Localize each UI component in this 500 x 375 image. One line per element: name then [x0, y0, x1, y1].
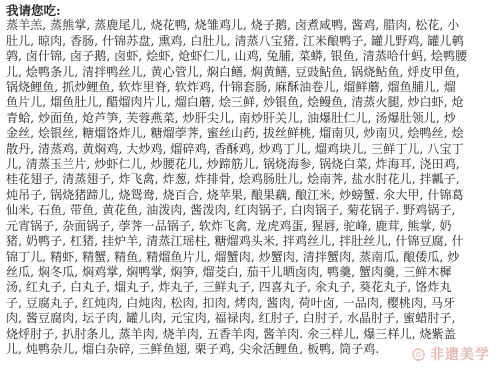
dish-list-text: 我请您吃: 蒸羊羔, 蒸熊掌, 蒸鹿尾儿, 烧花鸭, 烧雏鸡儿, 烧子鹅, 卤煮… — [0, 0, 500, 357]
dish-line: 散丹, 清蒸鸡, 黄焖鸡, 大炒鸡, 熘碎鸡, 香酥鸡, 炒鸡丁儿, 熘鸡块儿,… — [6, 142, 495, 157]
dish-line: 元宵锅子, 杂面锅子, 荸荠一品锅子, 软炸飞禽, 龙虎鸡蛋, 猩唇, 驼峰, … — [6, 219, 495, 234]
intro-line: 我请您吃: — [6, 3, 495, 18]
dish-line: 炖吊子, 锅烧猪蹄儿, 烧鸳鸯, 烧百合, 烧苹果, 酿果藕, 酿江米, 炒螃蟹… — [6, 188, 495, 203]
dish-line: 鹑, 卤什锦, 卤子鹅, 卤虾, 烩虾, 炝虾仁儿, 山鸡, 兔脯, 菜蟒, 银… — [6, 49, 495, 64]
dish-line: 鱼片儿, 熘鱼肚儿, 醋熘肉片儿, 熘白蘑, 烩三鲜, 炒银鱼, 烩鳗鱼, 清蒸… — [6, 95, 495, 110]
dish-line: 金丝, 烩银丝, 糖熘饹炸儿, 糖熘荸荠, 蜜丝山药, 拔丝鲜桃, 熘南贝, 炒… — [6, 126, 495, 141]
watermark: 非遗美学 — [411, 344, 490, 364]
dish-line: 丝瓜, 焖冬瓜, 焖鸡掌, 焖鸭掌, 焖笋, 熘茭白, 茄干儿晒卤肉, 鸭羹, … — [6, 265, 495, 280]
dish-line: 肉, 酱豆腐肉, 坛子肉, 罐儿肉, 元宝肉, 福禄肉, 红肘子, 白肘子, 水… — [6, 311, 495, 326]
dish-line: 青蛤, 炒面鱼, 炝芦笋, 芙蓉燕菜, 炒肝尖儿, 南炒肝关儿, 油爆肚仁儿, … — [6, 111, 495, 126]
watermark-label: 非遗美学 — [430, 344, 490, 364]
dish-line: 锅烧鲤鱼, 抓炒鲤鱼, 软炸里脊, 软炸鸡, 什锦套肠, 麻酥油卷儿, 熘鲜蘑,… — [6, 80, 495, 95]
dish-line: 儿, 清蒸玉兰片, 炒虾仁儿, 炒腰花儿, 炒蹄筋儿, 锅烧海参, 锅烧白菜, … — [6, 157, 495, 172]
dish-line: 猪, 奶鸭子, 杠猪, 挂炉羊, 清蒸江瑶柱, 糖熘鸡头米, 拌鸡丝儿, 拌肚丝… — [6, 234, 495, 249]
dish-line: 仙米, 石鱼, 带鱼, 黄花鱼, 油泼肉, 酱泼肉, 红肉锅子, 白肉锅子, 菊… — [6, 203, 495, 218]
dish-line: 锦丁儿, 精虾, 精蟹, 精鱼, 精熘鱼片儿, 熘蟹肉, 炒蟹肉, 清拌蟹肉, … — [6, 250, 495, 265]
dish-line: 桂花翅子, 清蒸翅子, 炸飞禽, 炸葱, 炸排骨, 烩鸡肠肚儿, 烩南荠, 盐水… — [6, 172, 495, 187]
seal-flower-icon — [411, 347, 426, 362]
dish-line: 儿, 烩鸭条儿, 清拌鸭丝儿, 黄心管儿, 焖白鳝, 焖黄鳝, 豆豉鲇鱼, 锅烧… — [6, 65, 495, 80]
dish-line: 汤, 红丸子, 白丸子, 熘丸子, 炸丸子, 三鲜丸子, 四喜丸子, 氽丸子, … — [6, 280, 495, 295]
dish-line: 子, 豆腐丸子, 红炖肉, 白炖肉, 松肉, 扣肉, 烤肉, 酱肉, 荷叶卤, … — [6, 296, 495, 311]
dish-line: 蒸羊羔, 蒸熊掌, 蒸鹿尾儿, 烧花鸭, 烧雏鸡儿, 烧子鹅, 卤煮咸鸭, 酱鸡… — [6, 18, 495, 33]
dish-line: 烧烀肘子, 扒肘条儿, 蒸羊肉, 烧羊肉, 五香羊肉, 酱羊肉. 氽三样儿, 爆… — [6, 327, 495, 342]
document-page: 我请您吃: 蒸羊羔, 蒸熊掌, 蒸鹿尾儿, 烧花鸭, 烧雏鸡儿, 烧子鹅, 卤煮… — [0, 0, 500, 375]
dish-line: 肚儿, 晾肉, 香肠, 什锦苏盘, 熏鸡, 白肚儿, 清蒸八宝猪, 江米酿鸭子,… — [6, 34, 495, 49]
